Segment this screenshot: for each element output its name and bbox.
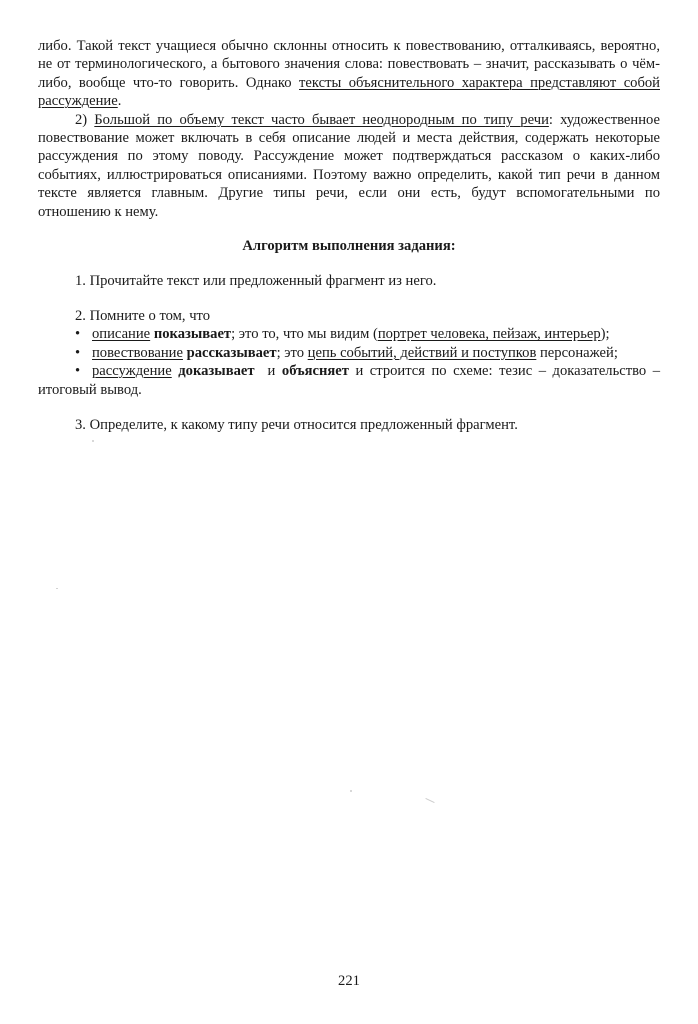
underlined-phrase: цепь событий, действий и поступков [308, 345, 537, 361]
scan-speck [425, 798, 434, 803]
term-verb: доказывает [178, 363, 254, 379]
bullet-item-narration: •повествование рассказывает; это цепь со… [38, 344, 660, 362]
term: рассуждение [92, 363, 172, 379]
underlined-phrase: Большой по объему текст часто бывает нео… [94, 112, 549, 128]
bullet-icon: • [75, 344, 92, 362]
term-verb: рассказывает [187, 345, 277, 361]
paragraph-2: 2) Большой по объему текст часто бывает … [38, 111, 660, 221]
term: описание [92, 326, 150, 342]
term-verb: показывает [154, 326, 231, 342]
underlined-phrase: портрет человека, пейзаж, интерьер [378, 326, 601, 342]
bullet-text-end: персонажей; [536, 345, 618, 361]
step-1: 1. Прочитайте текст или предложенный фра… [38, 272, 660, 290]
bullet-text: ; это то, что мы видим ( [231, 326, 378, 342]
term-verb-2: объясняет [282, 363, 349, 379]
document-page: либо. Такой текст учащиеся обычно склонн… [38, 37, 660, 434]
bullet-icon: • [75, 325, 92, 343]
bullet-text-end: ); [601, 326, 610, 342]
bullet-item-description: •описание показывает; это то, что мы вид… [38, 325, 660, 343]
scan-speck [350, 790, 352, 792]
step-2: 2. Помните о том, что [38, 307, 660, 325]
scan-speck [56, 588, 58, 589]
bullet-icon: • [75, 362, 92, 380]
step-3: 3. Определите, к какому типу речи относи… [38, 416, 660, 434]
paragraph-1-end: . [118, 93, 122, 109]
bullet-text: ; это [277, 345, 308, 361]
paragraph-2-number: 2) [75, 112, 94, 128]
term: повествование [92, 345, 183, 361]
section-heading: Алгоритм выполнения задания: [38, 237, 660, 255]
paragraph-1: либо. Такой текст учащиеся обычно склонн… [38, 37, 660, 111]
bullet-conjunction: и [255, 363, 282, 379]
bullet-item-reasoning: •рассуждение доказывает и объясняет и ст… [38, 362, 660, 399]
page-number: 221 [0, 973, 698, 990]
scan-speck [92, 440, 94, 442]
